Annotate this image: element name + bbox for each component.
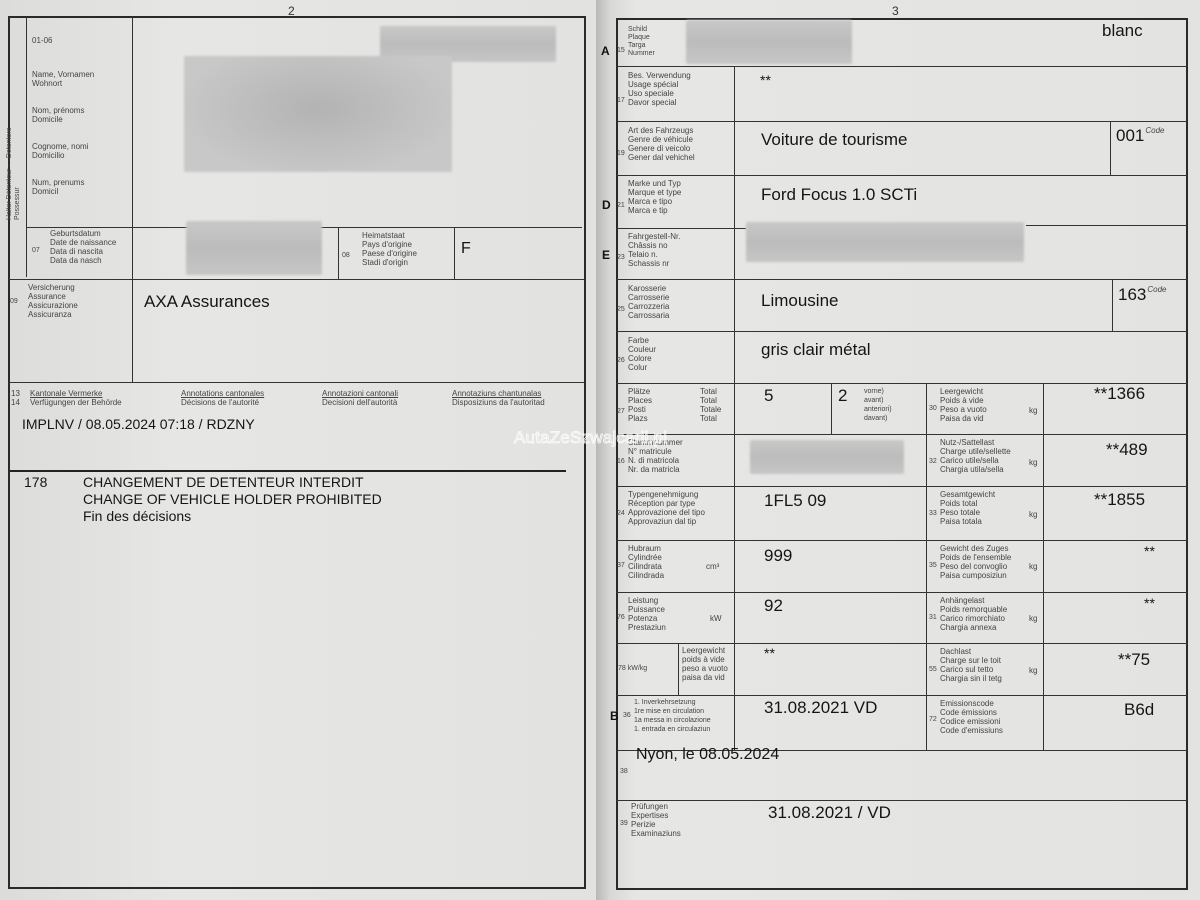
page-2: 2 Halter Détenteur - - Detentore Possess… [0,0,596,900]
page-3: 3 A 15 SchildPlaqueTargaNummer blanc 17 … [596,0,1200,900]
chassis-number-redacted [746,222,1024,262]
displacement-value: 999 [764,546,792,566]
holder-side-label: Halter Détenteur - - Detentore Possessur [6,110,22,220]
special-use-value: ** [760,72,771,88]
power-value: 92 [764,596,783,616]
plate-number-redacted [686,20,852,64]
vehicle-type-code: 001Code [1116,126,1165,146]
roof-load-value: **75 [1118,650,1150,670]
place-date-value: Nyon, le 08.05.2024 [636,746,779,764]
body-code: 163Code [1118,285,1167,305]
seats-front-value: 2 [838,386,847,406]
decision-text: CHANGEMENT DE DETENTEUR INTERDIT CHANGE … [83,474,382,525]
holder-labels: Name, VornamenWohnort Nom, prénomsDomici… [32,70,94,196]
annotation-header-fr: Annotations cantonalesDécisions de l'aut… [181,389,264,407]
page-number: 3 [892,4,899,18]
origin-country-value: F [461,240,471,258]
insurance-labels: VersicherungAssuranceAssicurazioneAssicu… [28,283,78,319]
inspections-value: 31.08.2021 / VD [768,803,891,823]
plate-color-value: blanc [1102,21,1143,41]
first-registration-value: 31.08.2021 VD [764,698,877,718]
annotation-header-rm: Annotaziuns chantunalasDisposiziuns da l… [452,389,545,407]
payload-value: **489 [1106,440,1148,460]
train-weight-value: ** [1144,543,1155,559]
birthdate-labels: GeburtsdatumDate de naissanceData di nas… [50,229,116,265]
insurance-value: AXA Assurances [144,292,270,312]
watermark: AutaZeSzwajcarii.pl [514,428,667,448]
vehicle-type-value: Voiture de tourisme [761,130,907,150]
body-value: Limousine [761,291,839,311]
decision-code: 178 [24,474,47,491]
emission-code-value: B6d [1124,700,1154,720]
make-model-value: Ford Focus 1.0 SCTi [761,185,917,205]
birthdate-redacted [186,221,322,275]
matricule-redacted [750,440,904,474]
annotation-header-it: Annotazioni cantonaliDecisioni dell'auto… [322,389,398,407]
type-approval-value: 1FL5 09 [764,491,826,511]
total-weight-value: **1855 [1094,490,1145,510]
holder-field-number: 01-06 [32,36,52,45]
seats-total-value: 5 [764,386,773,406]
origin-labels: HeimatstaatPays d'originePaese d'origine… [362,231,417,267]
holder-address-redacted [184,56,452,172]
annotation-entry: IMPLNV / 08.05.2024 07:18 / RDZNY [22,416,255,432]
trailer-weight-value: ** [1144,595,1155,611]
annotation-header-de: Kantonale VermerkeVerfügungen der Behörd… [30,389,122,407]
power-weight-value: ** [764,645,775,661]
empty-weight-value: **1366 [1094,384,1145,404]
colour-value: gris clair métal [761,340,871,360]
